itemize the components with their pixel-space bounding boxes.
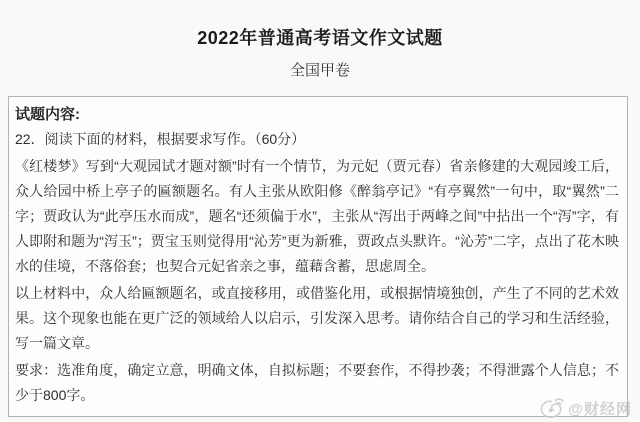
question-prompt-paragraph: 以上材料中，众人给匾额题名，或直接移用，或借鉴化用，或根据情境独创，产生了不同的…: [15, 281, 619, 356]
watermark: @财经网: [539, 397, 632, 419]
exam-paper-subtitle: 全国甲卷: [0, 62, 640, 80]
question-requirements-paragraph: 要求：选准角度，确定立意，明确文体，自拟标题；不要套作，不得抄袭；不得泄露个人信…: [15, 358, 619, 408]
weibo-icon: [539, 397, 565, 419]
watermark-text: @财经网: [568, 398, 632, 419]
question-material-paragraph: 《红楼梦》写到“大观园试才题对额”时有一个情节，为元妃（贾元春）省亲修建的大观园…: [15, 154, 619, 279]
exam-question-page: { "page": { "title": "2022年普通高考语文作文试题", …: [0, 0, 640, 422]
question-box-heading: 试题内容:: [15, 102, 619, 127]
question-number-line: 22．阅读下面的材料，根据要求写作。（60分）: [15, 127, 619, 152]
page-title: 2022年普通高考语文作文试题: [0, 0, 640, 49]
question-content-box: 试题内容: 22．阅读下面的材料，根据要求写作。（60分） 《红楼梦》写到“大观…: [8, 96, 628, 417]
